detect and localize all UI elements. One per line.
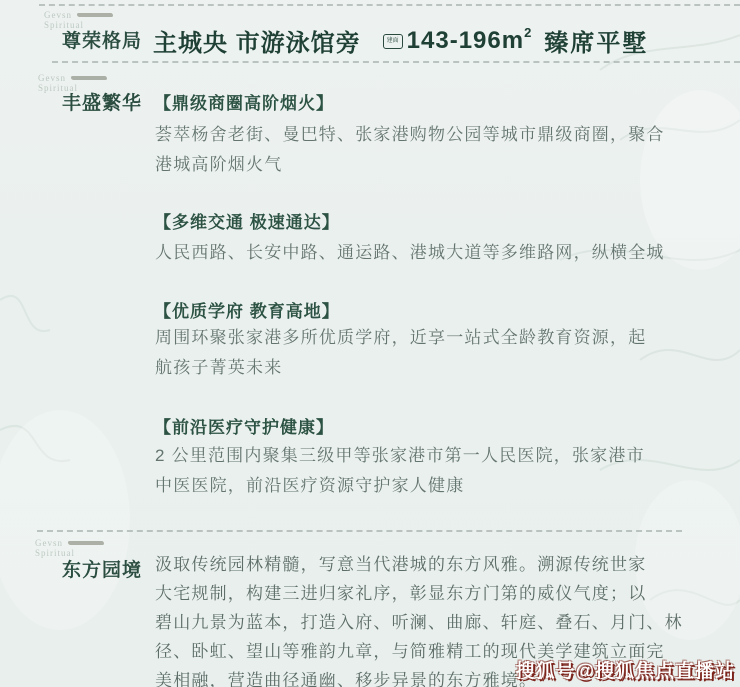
feature-heading-medical: 【前沿医疗守护健康】 [154,413,334,438]
garden-text-line: 大宅规制，构建三进归家礼序，彰显东方门第的威仪气度；以 [155,579,700,608]
brush-ornament-icon [77,13,113,17]
section-label-prosperity: 丰盛繁华 [62,88,142,115]
garden-text-line: 碧山九景为蓝本，打造入府、听澜、曲廊、轩庭、叠石、月门、林 [155,608,700,637]
sohu-watermark: 搜狐号@搜狐焦点直播站 [515,656,735,683]
feature-text-line: 中医医院，前沿医疗资源守护家人健康 [155,471,700,501]
texture-text: Gevsn [44,10,72,20]
feature-text-medical: 2 公里范围内聚集三级甲等张家港市第一人民医院，张家港市 中医医院，前沿医疗资源… [155,441,700,501]
brush-ornament-icon [71,76,107,80]
feature-text-education: 周围环聚张家港多所优质学府，近享一站式全龄教育资源，起 航孩子菁英未来 [155,323,700,383]
dashed-divider-header [52,61,740,63]
feature-text-line: 2 公里范围内聚集三级甲等张家港市第一人民医院，张家港市 [155,441,700,471]
texture-text: Gevsn [35,538,63,548]
promo-page: Gevsn Spiritual Gevsn Spiritual Gevsn Sp… [0,0,740,687]
dashed-divider-top [39,4,740,6]
feature-text-traffic: 人民西路、长安中路、通运路、港城大道等多维路网，纵横全城 [155,238,700,268]
area-range: 143-196m2 [407,27,533,55]
garden-text-line: 汲取传统园林精髓，写意当代港城的东方风雅。溯源传统世家 [155,550,700,579]
feature-text-line: 荟萃杨舍老街、曼巴特、张家港购物公园等城市鼎级商圈，聚合 [155,120,700,150]
area-range-value: 143-196m [407,27,524,54]
texture-text: Gevsn [38,73,66,83]
header-title: 主城央 市游泳馆旁 建面 143-196m2 臻席平墅 [153,23,648,58]
feature-heading-traffic: 【多维交通 极速通达】 [154,208,340,233]
brush-ornament-icon [68,541,104,545]
area-range-sup: 2 [524,25,532,40]
feature-text-line: 港城高阶烟火气 [155,150,700,180]
feature-heading-business: 【鼎级商圈高阶烟火】 [154,89,334,114]
dashed-divider-garden [37,530,682,532]
product-name: 臻席平墅 [544,23,648,58]
feature-text-line: 航孩子菁英未来 [155,353,700,383]
feature-text-business: 荟萃杨舍老街、曼巴特、张家港购物公园等城市鼎级商圈，聚合 港城高阶烟火气 [155,120,700,180]
feature-text-line: 周围环聚张家港多所优质学府，近享一站式全龄教育资源，起 [155,323,700,353]
section-label-premium-layout: 尊荣格局 [62,26,142,53]
feature-text-line: 人民西路、长安中路、通运路、港城大道等多维路网，纵横全城 [155,238,700,268]
title-location: 主城央 市游泳馆旁 [153,23,361,58]
section-label-garden: 东方园境 [62,555,142,582]
floor-area-icon: 建面 [383,34,403,49]
feature-heading-education: 【优质学府 教育高地】 [154,297,340,322]
